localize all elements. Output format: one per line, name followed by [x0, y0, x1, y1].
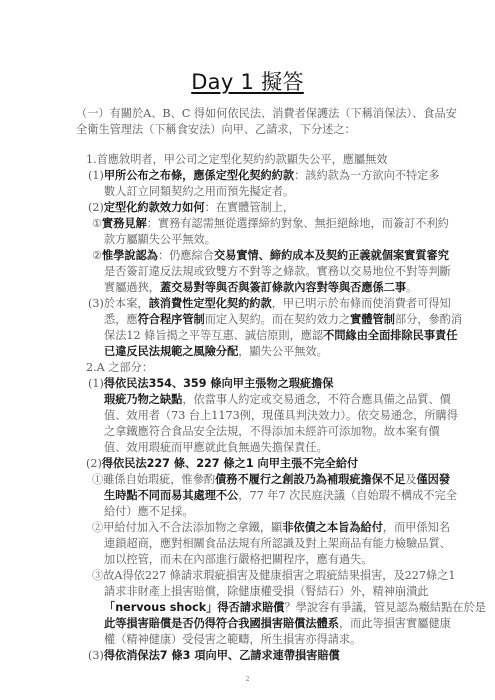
text-run: (3)於本案，: [88, 297, 149, 310]
text-line: 生時點不同而易其處理不公，77 年7 次民庭決議（自始瑕不構成不完全: [104, 489, 457, 503]
text-run: 1.首應敘明者，甲公司之定型化契約約款顯失公平，應屬無效: [86, 153, 388, 166]
text-run: ③故A得依227 條請求瑕疵損害及健康損害之瑕疵結果損害，及227條之1: [92, 569, 456, 582]
text-line: 保法12 條旨揭之平等互惠、誠信原則，應認不問緣由全面排除民事責任: [104, 329, 457, 343]
text-run: 保法12 條旨揭之平等互惠、誠信原則，應認: [104, 329, 323, 342]
text-line: 此等損害賠償是否仍得符合我國損害賠償法體系，而此等損害實屬健康: [104, 617, 451, 631]
text-run: （一）有關於A、B、C 得如何依民法、消費者保護法（下稱消保法）、食品安: [76, 107, 457, 120]
text-run: 而定入契約。而在契約效力之: [205, 313, 350, 326]
text-run: 款方屬顯失公平無效。: [104, 233, 216, 246]
emphasized-text: 非依債之本旨為給付: [282, 521, 383, 534]
text-line: 請求非財產上損害賠償，除健康權受損（腎結石）外，精神崩潰此: [104, 585, 428, 599]
text-line: 瑕疵乃物之缺點，依當事人約定或交易通念，不符合應具備之品質、價: [104, 393, 451, 407]
text-run: ，而甲係知名: [383, 521, 450, 534]
text-line: （一）有關於A、B、C 得如何依民法、消費者保護法（下稱消保法）、食品安: [76, 107, 457, 121]
text-run: 給付）應不足採。: [104, 505, 194, 518]
emphasized-text: 此等損害賠償是否仍得符合我國損害賠償法體系: [104, 617, 339, 630]
text-run: (2): [86, 457, 102, 470]
text-run: ：該約款為一方欲向不特定多: [294, 169, 439, 182]
text-line: 「nervous shock」得否請求賠償？學說容有爭議，管見認為癥結點在於是: [104, 601, 486, 615]
text-run: ②甲給付加入不合法添加物之拿鐵，顯: [92, 521, 282, 534]
text-run: ：仍應綜合: [158, 249, 214, 262]
text-run: ？學說容有爭議，管見認為癥結點在於是: [284, 601, 485, 614]
emphasized-text: 交易實情、締約成本及契約正義就個案實質審究: [214, 249, 449, 262]
text-run: 實屬過狹，: [104, 281, 160, 294]
text-run: 值、效用者（73 台上1173例，現僅具判決效力）。依交易通念，所購得: [104, 409, 458, 422]
text-line: 是否簽訂違反法規或致雙方不對等之條款。實務以交易地位不對等判斷: [104, 265, 451, 279]
text-run: 連鎖超商，應對相關食品法規有所認識及對上架商品有能力檢驗品質、: [104, 537, 451, 550]
emphasized-text: 生時點不同而易其處理不公: [104, 489, 238, 502]
emphasized-text: 僅因發: [416, 473, 450, 486]
text-run: 加以控管，而未在內部進行嚴格把關程序，應有過失。: [104, 553, 373, 566]
emphasized-text: 蓋交易對等與否與簽訂條款內容對等與否應係二事: [160, 281, 406, 294]
text-run: ，依當事人約定或交易通念，不符合應具備之品質、價: [182, 393, 451, 406]
text-run: ，77 年7 次民庭決議（自始瑕不構成不完全: [238, 489, 457, 502]
text-run: ，顯失公平無效。: [238, 345, 328, 358]
text-run: 全衛生管理法（下稱食安法）向甲、乙請求，下分述之：: [76, 123, 356, 136]
emphasized-text: 已違反民法規範之風險分配: [104, 345, 238, 358]
emphasized-text: 得依消保法7 條3 項向甲、乙請求連帶損害賠償: [104, 649, 340, 662]
text-run: 權（精神健康）受侵害之範疇，所生損害亦得請求。: [104, 633, 361, 646]
text-run: 悉，應: [104, 313, 138, 326]
text-run: ，而此等損害實屬健康: [339, 617, 451, 630]
text-run: (2): [88, 201, 104, 214]
text-line: 款方屬顯失公平無效。: [104, 233, 216, 247]
text-run: (1): [88, 169, 104, 182]
emphasized-text: 債務不履行之創設乃為補瑕疵擔保不足: [215, 473, 405, 486]
page-number: 2: [0, 676, 495, 683]
text-line: 加以控管，而未在內部進行嚴格把關程序，應有過失。: [104, 553, 373, 567]
text-line: ①實務見解：實務有認需無從選擇締約對象、無拒絕餘地，而簽訂不利約: [92, 217, 449, 231]
text-line: ③故A得依227 條請求瑕疵損害及健康損害之瑕疵結果損害，及227條之1: [92, 569, 456, 583]
text-line: ①雖係自始瑕疵，惟參酌債務不履行之創設乃為補瑕疵擔保不足及僅因發: [92, 473, 450, 487]
emphasized-text: 不問緣由全面排除民事責任: [323, 329, 457, 342]
text-run: (1): [88, 377, 104, 390]
text-run: 值、效用瑕疵而甲應就此負無過失擔保責任。: [104, 441, 328, 454]
text-line: 給付）應不足採。: [104, 505, 194, 519]
text-line: 1.首應敘明者，甲公司之定型化契約約款顯失公平，應屬無效: [86, 153, 388, 167]
text-run: 及: [405, 473, 416, 486]
emphasized-text: 惟學說認為: [102, 249, 158, 262]
text-line: 值、效用者（73 台上1173例，現僅具判決效力）。依交易通念，所購得: [104, 409, 458, 423]
text-line: 之拿鐵應符合食品安全法規，不得添加未經許可添加物。故本案有價: [104, 425, 440, 439]
text-line: 連鎖超商，應對相關食品法規有所認識及對上架商品有能力檢驗品質、: [104, 537, 451, 551]
text-line: (3)得依消保法7 條3 項向甲、乙請求連帶損害賠償: [88, 649, 340, 663]
text-run: 數人訂立同類契約之用而預先擬定者。: [104, 185, 294, 198]
emphasized-text: 實務見解: [102, 217, 147, 230]
text-line: (2)得依民法227 條、227 條之1 向甲主張不完全給付: [86, 457, 358, 471]
text-run: ②: [92, 249, 102, 262]
text-run: 部分，參酌消: [395, 313, 462, 326]
emphasized-text: 得依民法354、359 條向甲主張物之瑕疵擔保: [104, 377, 334, 390]
text-run: 請求非財產上損害賠償，除健康權受損（腎結石）外，精神崩潰此: [104, 585, 428, 598]
text-line: 實屬過狹，蓋交易對等與否與簽訂條款內容對等與否應係二事。: [104, 281, 417, 295]
text-line: (1)得依民法354、359 條向甲主張物之瑕疵擔保: [88, 377, 333, 391]
text-run: ，甲已明示於布條而使消費者可得知: [272, 297, 451, 310]
text-line: (2)定型化約款效力如何：在實體管制上，: [88, 201, 294, 215]
emphasized-text: 實體管制: [350, 313, 395, 326]
text-run: 是否簽訂違反法規或致雙方不對等之條款。實務以交易地位不對等判斷: [104, 265, 451, 278]
emphasized-text: 瑕疵乃物之缺點: [104, 393, 182, 406]
text-run: 2.A 之部分：: [86, 361, 153, 374]
text-run: ：實務有認需無從選擇締約對象、無拒絕餘地，而簽訂不利約: [147, 217, 449, 230]
emphasized-text: 定型化約款效力如何: [104, 201, 205, 214]
text-line: 悉，應符合程序管制而定入契約。而在契約效力之實體管制部分，參酌消: [104, 313, 462, 327]
text-line: 2.A 之部分：: [86, 361, 153, 375]
text-run: 。: [406, 281, 417, 294]
text-run: 之拿鐵應符合食品安全法規，不得添加未經許可添加物。故本案有價: [104, 425, 440, 438]
text-run: (3): [88, 649, 104, 662]
text-line: (3)於本案，該消費性定型化契約約款，甲已明示於布條而使消費者可得知: [88, 297, 451, 311]
text-line: 數人訂立同類契約之用而預先擬定者。: [104, 185, 294, 199]
emphasized-text: 符合程序管制: [138, 313, 205, 326]
page-title: Day 1 擬答: [0, 66, 495, 96]
emphasized-text: 甲所公布之布條，應係定型化契約約款: [104, 169, 294, 182]
text-run: ①雖係自始瑕疵，惟參酌: [92, 473, 215, 486]
text-line: 已違反民法規範之風險分配，顯失公平無效。: [104, 345, 328, 359]
emphasized-text: 「nervous shock」得否請求賠償: [104, 601, 284, 614]
text-line: 權（精神健康）受侵害之範疇，所生損害亦得請求。: [104, 633, 361, 647]
text-line: ②惟學說認為：仍應綜合交易實情、締約成本及契約正義就個案實質審究: [92, 249, 449, 263]
text-line: ②甲給付加入不合法添加物之拿鐵，顯非依債之本旨為給付，而甲係知名: [92, 521, 450, 535]
text-run: ：在實體管制上，: [205, 201, 295, 214]
emphasized-text: 得依民法227 條、227 條之1 向甲主張不完全給付: [102, 457, 358, 470]
text-line: (1)甲所公布之布條，應係定型化契約約款：該約款為一方欲向不特定多: [88, 169, 440, 183]
text-line: 值、效用瑕疵而甲應就此負無過失擔保責任。: [104, 441, 328, 455]
emphasized-text: 該消費性定型化契約約款: [149, 297, 272, 310]
text-run: ①: [92, 217, 102, 230]
text-line: 全衛生管理法（下稱食安法）向甲、乙請求，下分述之：: [76, 123, 356, 137]
